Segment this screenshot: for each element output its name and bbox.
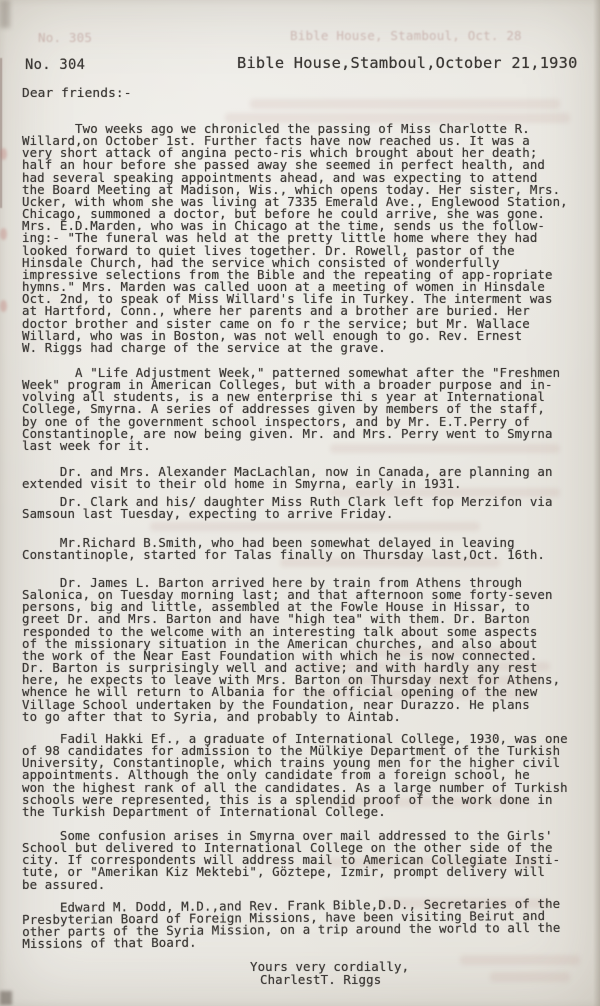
paragraph-maclachlan: Dr. and Mrs. Alexander MacLachlan, now i… xyxy=(22,466,553,490)
paragraph-barton: Dr. James L. Barton arrived here by trai… xyxy=(22,577,560,723)
scan-edge-mark xyxy=(0,58,2,208)
signature-name: CharlestT. Riggs xyxy=(260,974,381,986)
letter-body: No. 304 Bible House,Stamboul,October 21,… xyxy=(0,0,600,1006)
paragraph-fadil-hakki: Fadil Hakki Ef., a graduate of Internati… xyxy=(22,733,568,818)
letter-number: No. 304 xyxy=(25,59,85,71)
paragraph-dodd-bible: Edward M. Dodd, M.D.,and Rev. Frank Bibl… xyxy=(22,898,561,951)
letter-dateline: Bible House,Stamboul,October 21,1930 xyxy=(237,57,578,69)
scanned-letter-page: No. 305 Bible House, Stamboul, Oct. 28 N… xyxy=(0,0,600,1006)
margin-ink-spot xyxy=(0,148,7,160)
paragraph-mail-confusion: Some confusion arises in Smyrna over mai… xyxy=(22,830,560,891)
paragraph-willard-passing: Two weeks ago we chronicled the passing … xyxy=(22,123,568,354)
paragraph-smith: Mr.Richard B.Smith, who had been somewha… xyxy=(22,537,545,561)
salutation: Dear friends:- xyxy=(22,88,132,100)
paragraph-clark: Dr. Clark and his/ daughter Miss Ruth Cl… xyxy=(22,496,553,520)
scan-edge-shadow xyxy=(593,0,600,1006)
scan-corner-mark xyxy=(0,991,12,1005)
margin-ink-spot xyxy=(0,300,7,312)
scan-corner-mark xyxy=(0,0,10,28)
paragraph-life-adjustment: A "Life Adjustment Week," patterned some… xyxy=(22,367,560,452)
margin-ink-spot xyxy=(0,228,7,240)
